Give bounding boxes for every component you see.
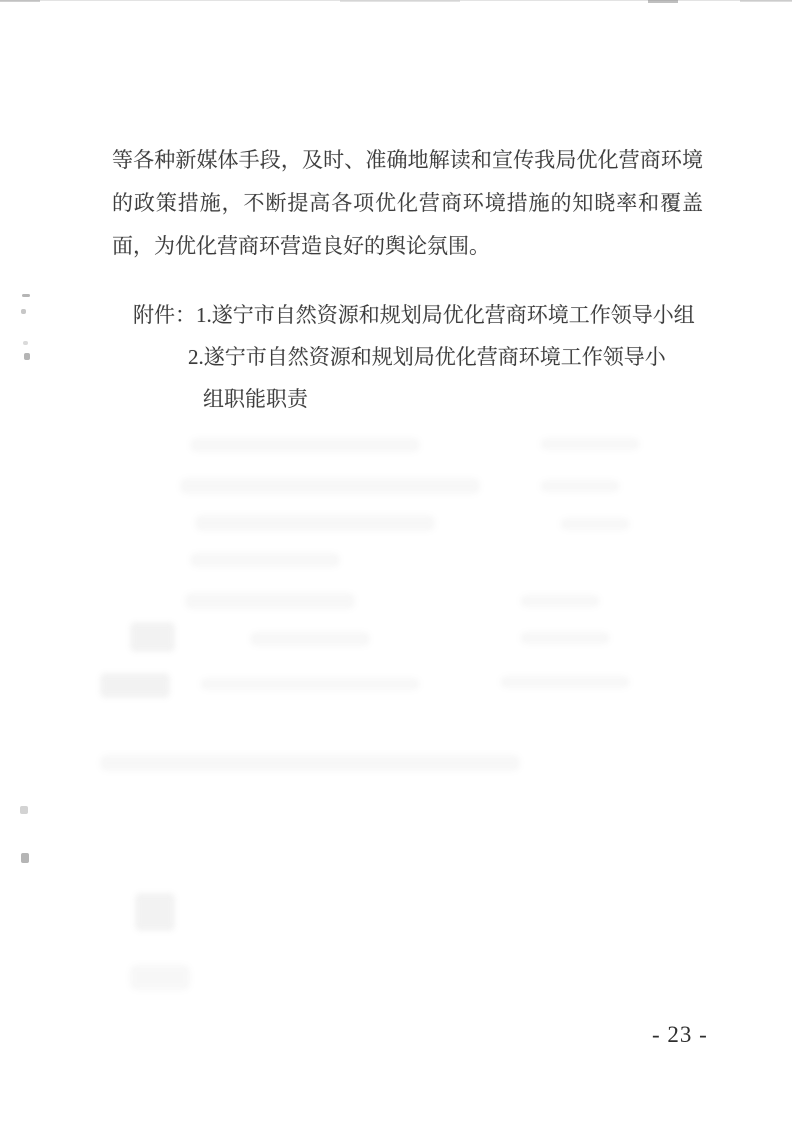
- paragraph-line-1: 等各种新媒体手段，及时、准确地解读和宣传我局优化营商环境: [112, 139, 703, 182]
- bleedthrough-smudge: [135, 893, 175, 931]
- bleedthrough-smudge: [520, 632, 610, 644]
- bleedthrough-smudge: [500, 676, 630, 688]
- body-paragraph: 等各种新媒体手段，及时、准确地解读和宣传我局优化营商环境 的政策措施，不断提高各…: [112, 139, 703, 268]
- bleedthrough-smudge: [250, 632, 370, 646]
- ink-speck: [22, 294, 30, 297]
- attachment-line-1: 附件：1.遂宁市自然资源和规划局优化营商环境工作领导小组: [133, 294, 695, 336]
- bleedthrough-smudge: [100, 755, 520, 771]
- bleedthrough-smudge: [190, 438, 420, 452]
- bleedthrough-smudge: [540, 480, 620, 492]
- paragraph-line-3: 面，为优化营商环营造良好的舆论氛围。: [112, 225, 703, 268]
- bleedthrough-smudge: [195, 515, 435, 531]
- bleedthrough-smudge: [190, 553, 340, 567]
- paragraph-line-2: 的政策措施，不断提高各项优化营商环境措施的知晓率和覆盖: [112, 182, 703, 225]
- document-page: 等各种新媒体手段，及时、准确地解读和宣传我局优化营商环境 的政策措施，不断提高各…: [0, 0, 792, 1122]
- scan-edge-segment: [0, 0, 40, 2]
- ink-speck: [23, 341, 28, 345]
- bleedthrough-smudge: [520, 595, 600, 607]
- bleedthrough-smudge: [540, 438, 640, 450]
- scan-edge-segment: [648, 0, 678, 3]
- attachment-list: 附件：1.遂宁市自然资源和规划局优化营商环境工作领导小组 2.遂宁市自然资源和规…: [133, 294, 695, 420]
- ink-speck: [24, 353, 30, 360]
- ink-speck: [21, 309, 26, 314]
- bleedthrough-smudge: [200, 678, 420, 690]
- attachment-line-3: 组职能职责: [203, 378, 695, 420]
- bleedthrough-smudge: [185, 593, 355, 609]
- attachment-line-2: 2.遂宁市自然资源和规划局优化营商环境工作领导小: [188, 336, 695, 378]
- scan-edge-segment: [340, 0, 460, 2]
- scan-edge-segment: [740, 0, 792, 2]
- bleedthrough-smudge: [100, 673, 170, 698]
- ink-speck: [21, 853, 29, 863]
- scan-edge-line: [0, 0, 792, 1]
- bleedthrough-smudge: [130, 965, 190, 990]
- ink-speck: [20, 806, 28, 814]
- bleedthrough-smudge: [560, 518, 630, 530]
- bleedthrough-smudge: [130, 622, 175, 652]
- page-number: - 23 -: [652, 1022, 708, 1048]
- bleedthrough-smudge: [180, 478, 480, 494]
